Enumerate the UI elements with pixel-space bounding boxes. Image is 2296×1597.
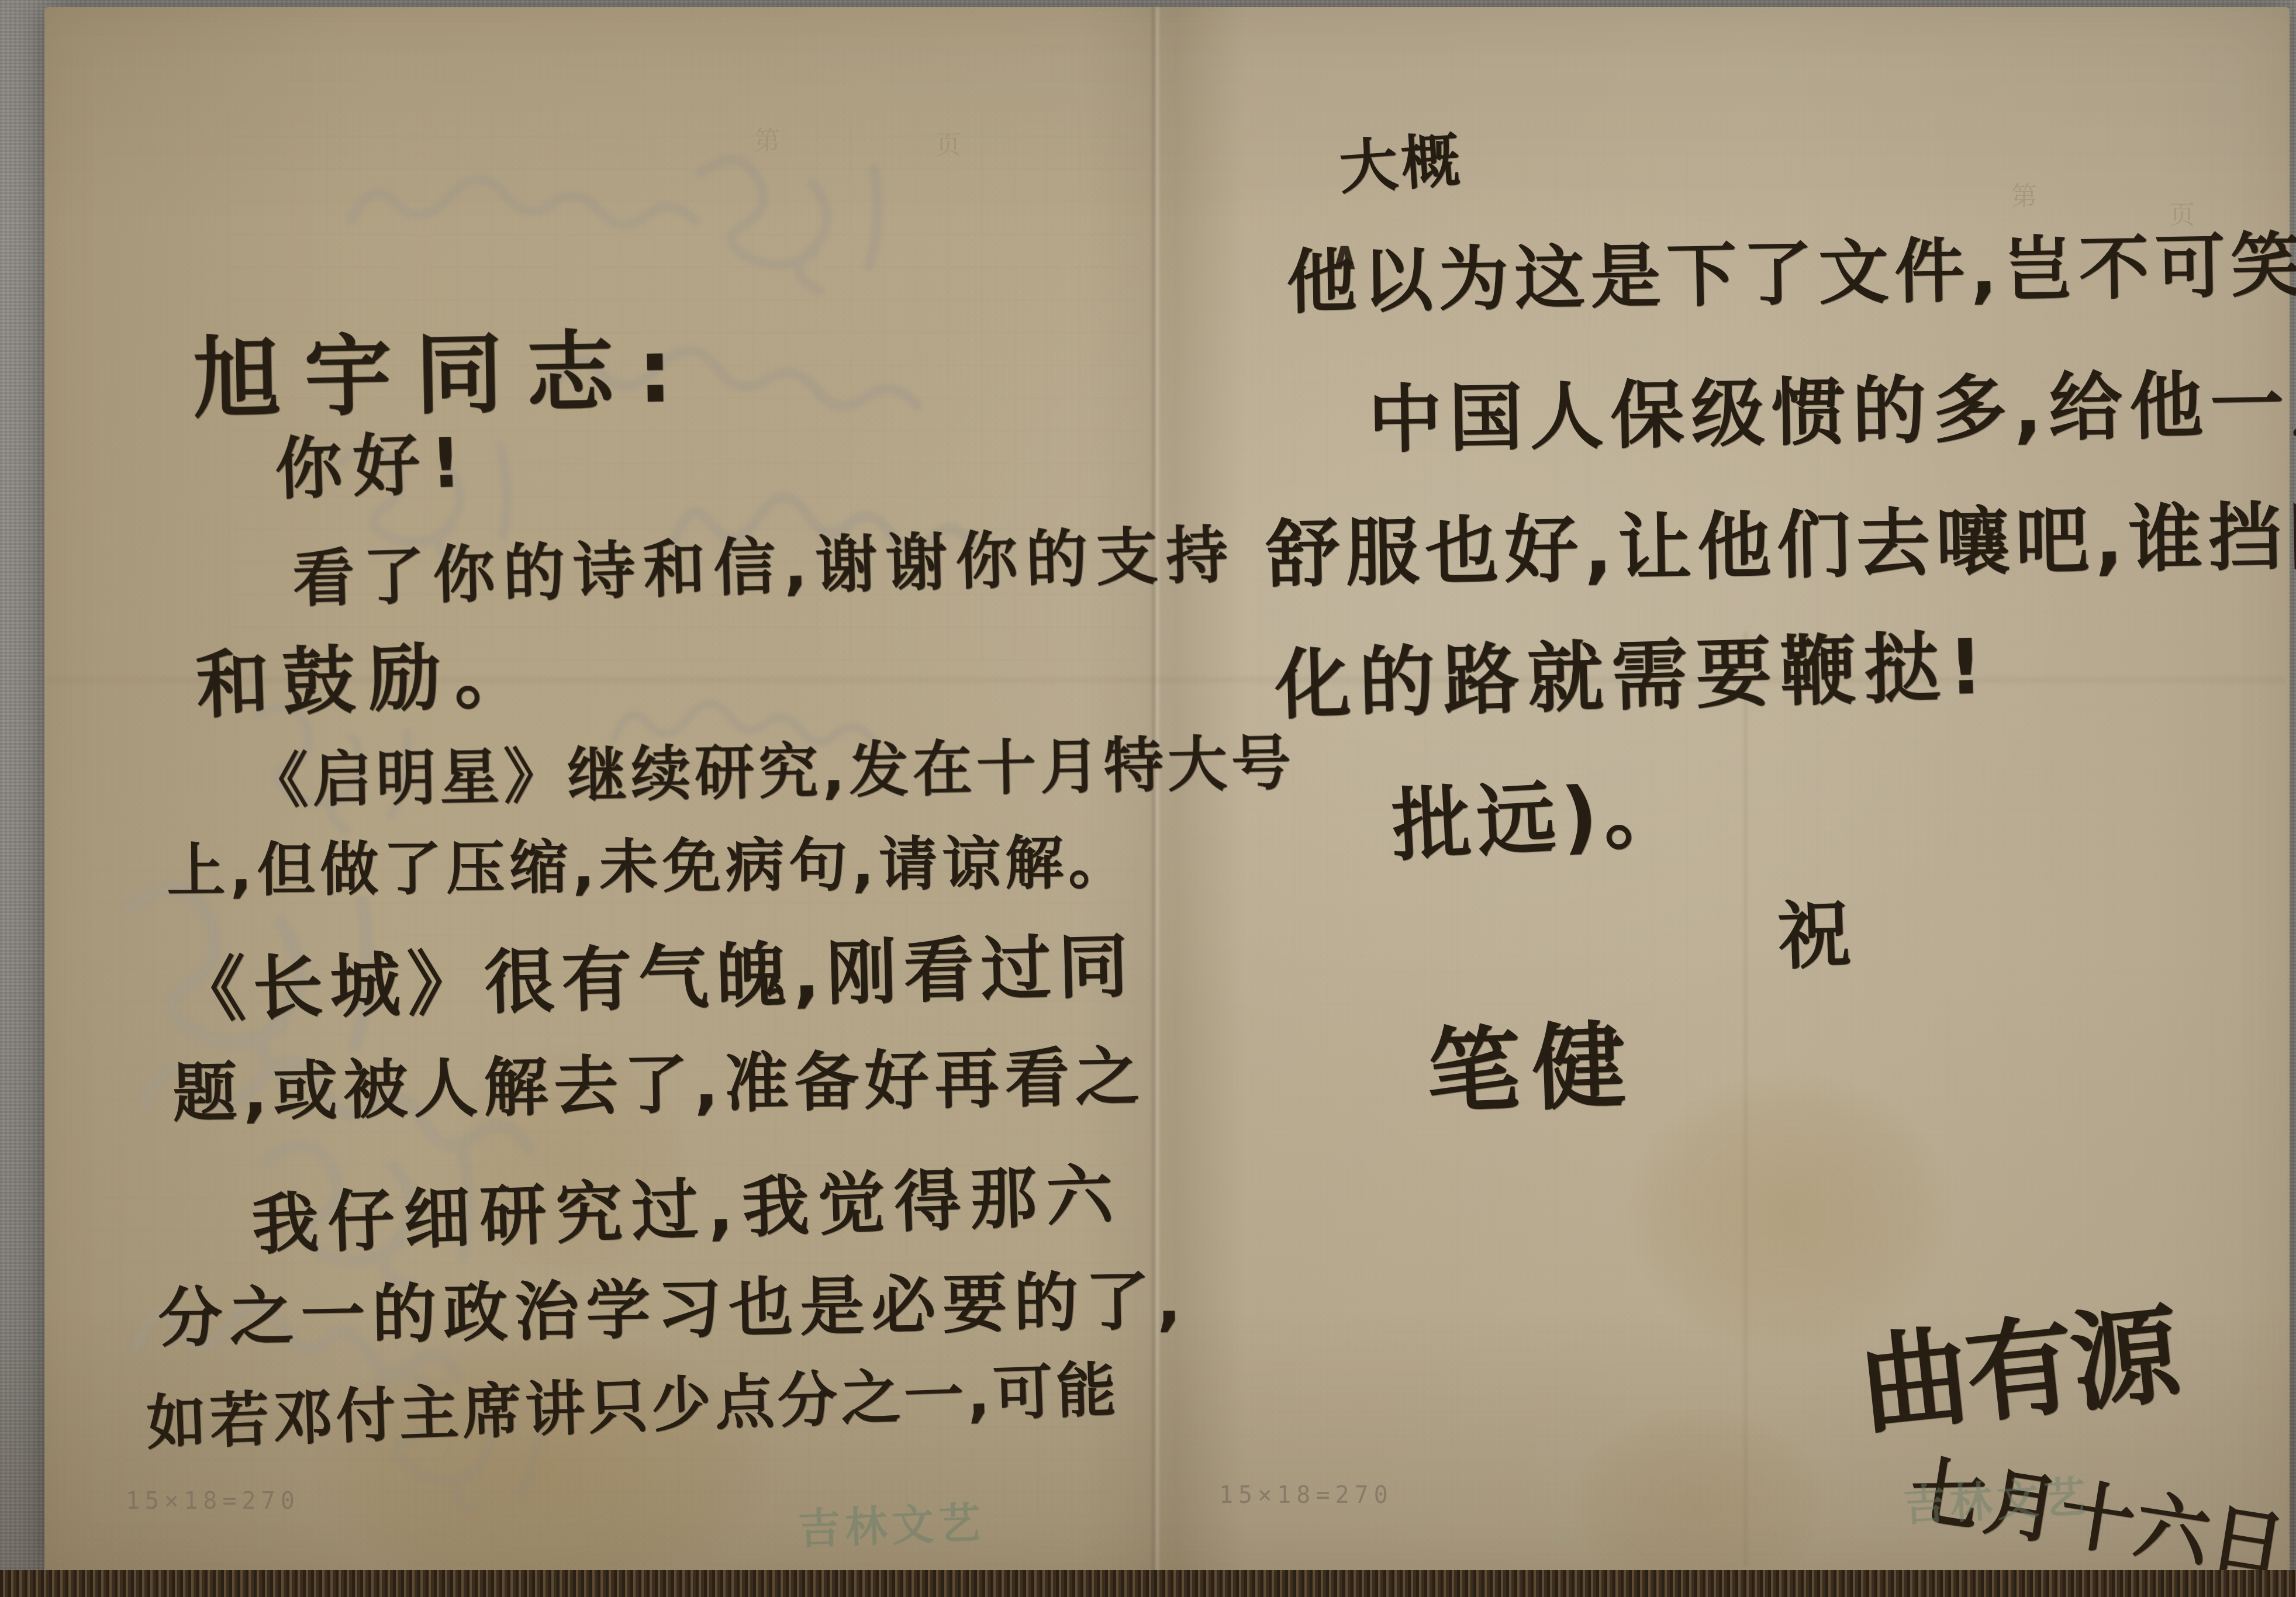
body-line: 批远)。 — [1389, 748, 1690, 876]
body-line: 题,或被人解去了,准备好再看之 — [172, 1025, 1146, 1134]
stationery-spec-print: 15×18=270 — [126, 1488, 300, 1515]
photo-background: 第 页 第 页 旭宇同志: 你好! 看了你的诗和信,谢谢你的支持 和鼓励。 《启… — [0, 0, 2296, 1597]
body-line: 中国人保级惯的多,给他一点不 — [1368, 343, 2296, 467]
bottom-fabric-edge — [0, 1570, 2296, 1597]
body-line: 舒服也好,让他们去嚷吧,谁挡四 — [1265, 477, 2296, 602]
page-header-print: 第 — [2011, 175, 2037, 213]
body-line: 《启明星》继续研究,发在十月特大号 — [248, 715, 1296, 819]
stationery-brand-print: 吉林文艺 — [797, 1488, 986, 1555]
inserted-word: 大概 — [1336, 113, 1466, 205]
body-line: 上,但做了压缩,未免病句,请谅解。 — [166, 815, 1131, 908]
stationery-spec-print: 15×18=270 — [1219, 1482, 1393, 1509]
body-line: 化的路就需要鞭挞! — [1273, 606, 1993, 734]
page-header-print: 页 — [935, 124, 961, 161]
body-line: 分之一的政治学习也是必要的了, — [157, 1249, 1189, 1360]
greeting-line: 你好! — [273, 409, 473, 512]
body-line: 和鼓励。 — [194, 615, 541, 732]
body-line: 他以为这是下了文件,岂不可笑! — [1286, 208, 2296, 327]
closing-word: 祝 — [1776, 876, 1852, 983]
right-page-crease — [1743, 631, 1748, 1567]
signature: 曲有源 — [1852, 1267, 2184, 1454]
stationery-brand-print: 吉林文艺 — [1901, 1463, 2091, 1533]
closing-wish-line: 笔健 — [1424, 990, 1639, 1132]
page-header-print: 第 — [754, 120, 780, 157]
